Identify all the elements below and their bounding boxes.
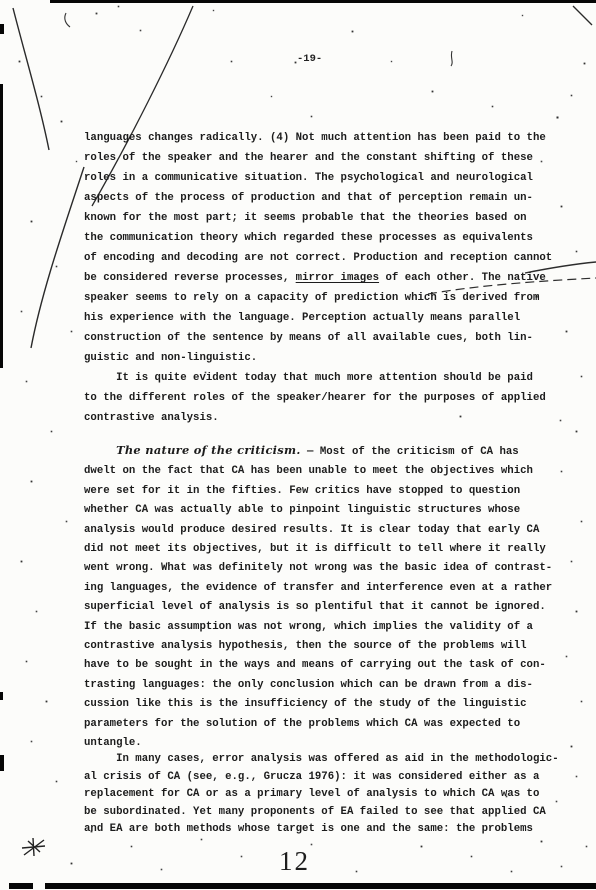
page-header-number: -19- xyxy=(297,53,322,65)
text-line: parameters for the solution of the probl… xyxy=(84,715,552,734)
text-line: known for the most part; it seems probab… xyxy=(84,208,552,228)
text-line: replacement for CA or as a primary level… xyxy=(84,786,559,804)
scan-edge-mark xyxy=(0,24,4,34)
scanned-page: -19- languages changes radically. (4) No… xyxy=(0,0,596,890)
paragraph: In many cases, error analysis was offere… xyxy=(84,751,559,839)
text-line: roles of the speaker and the hearer and … xyxy=(84,148,552,168)
text-segment: mirror images xyxy=(296,272,379,284)
text-line: construction of the sentence by means of… xyxy=(84,328,552,348)
text-line: aspects of the process of production and… xyxy=(84,188,552,208)
text-line: It is quite evident today that much more… xyxy=(84,368,546,388)
scan-noise-specks xyxy=(0,0,1,1)
text-line: of encoding and decoding are not correct… xyxy=(84,248,552,268)
text-line: speaker seems to rely on a capacity of p… xyxy=(84,288,552,308)
text-line: contrastive analysis hypothesis, then th… xyxy=(84,637,552,656)
scan-edge-bottom xyxy=(9,883,33,889)
text-line: and EA are both methods whose target is … xyxy=(84,821,559,839)
text-line: analysis would produce desired results. … xyxy=(84,521,552,540)
text-segment: The nature of the criticism. xyxy=(116,443,301,457)
paragraph: The nature of the criticism. — Most of t… xyxy=(84,441,552,754)
text-line: his experience with the language. Percep… xyxy=(84,308,552,328)
scan-edge-left xyxy=(0,84,3,368)
text-line: went wrong. What was definitely not wron… xyxy=(84,559,552,578)
text-line: In many cases, error analysis was offere… xyxy=(84,751,559,769)
text-line: roles in a communicative situation. The … xyxy=(84,168,552,188)
text-line: ing languages, the evidence of transfer … xyxy=(84,579,552,598)
text-line: to the different roles of the speaker/he… xyxy=(84,388,546,408)
page-footer-number: 12 xyxy=(279,846,310,877)
text-line: dwelt on the fact that CA has been unabl… xyxy=(84,462,552,481)
text-line: languages changes radically. (4) Not muc… xyxy=(84,128,552,148)
text-line: contrastive analysis. xyxy=(84,408,546,428)
text-line: The nature of the criticism. — Most of t… xyxy=(84,441,552,462)
text-line: have to be sought in the ways and means … xyxy=(84,656,552,675)
text-line: whether CA was actually able to pinpoint… xyxy=(84,501,552,520)
text-line: If the basic assumption was not wrong, w… xyxy=(84,618,552,637)
text-line: the communication theory which regarded … xyxy=(84,228,552,248)
paragraph: languages changes radically. (4) Not muc… xyxy=(84,128,552,368)
text-segment: — Most of the criticism of CA has xyxy=(301,446,519,458)
scan-edge-mark xyxy=(0,692,3,700)
text-line: were set for it in the fifties. Few crit… xyxy=(84,482,552,501)
scan-edge-mark xyxy=(0,755,4,771)
text-line: cussion like this is the insufficiency o… xyxy=(84,695,552,714)
text-line: superficial level of analysis is so plen… xyxy=(84,598,552,617)
text-segment: of each other. The native xyxy=(379,272,546,284)
text-segment: be considered reverse processes, xyxy=(84,272,296,284)
scan-edge-top xyxy=(50,0,596,3)
paragraph: It is quite evident today that much more… xyxy=(84,368,546,428)
text-line: did not meet its objectives, but it is d… xyxy=(84,540,552,559)
scan-edge-bottom xyxy=(45,883,596,889)
text-line: trasting languages: the only conclusion … xyxy=(84,676,552,695)
text-segment xyxy=(84,446,116,458)
text-line: guistic and non-linguistic. xyxy=(84,348,552,368)
text-line: be considered reverse processes, mirror … xyxy=(84,268,552,288)
text-line: al crisis of CA (see, e.g., Grucza 1976)… xyxy=(84,769,559,787)
text-line: be subordinated. Yet many proponents of … xyxy=(84,804,559,822)
